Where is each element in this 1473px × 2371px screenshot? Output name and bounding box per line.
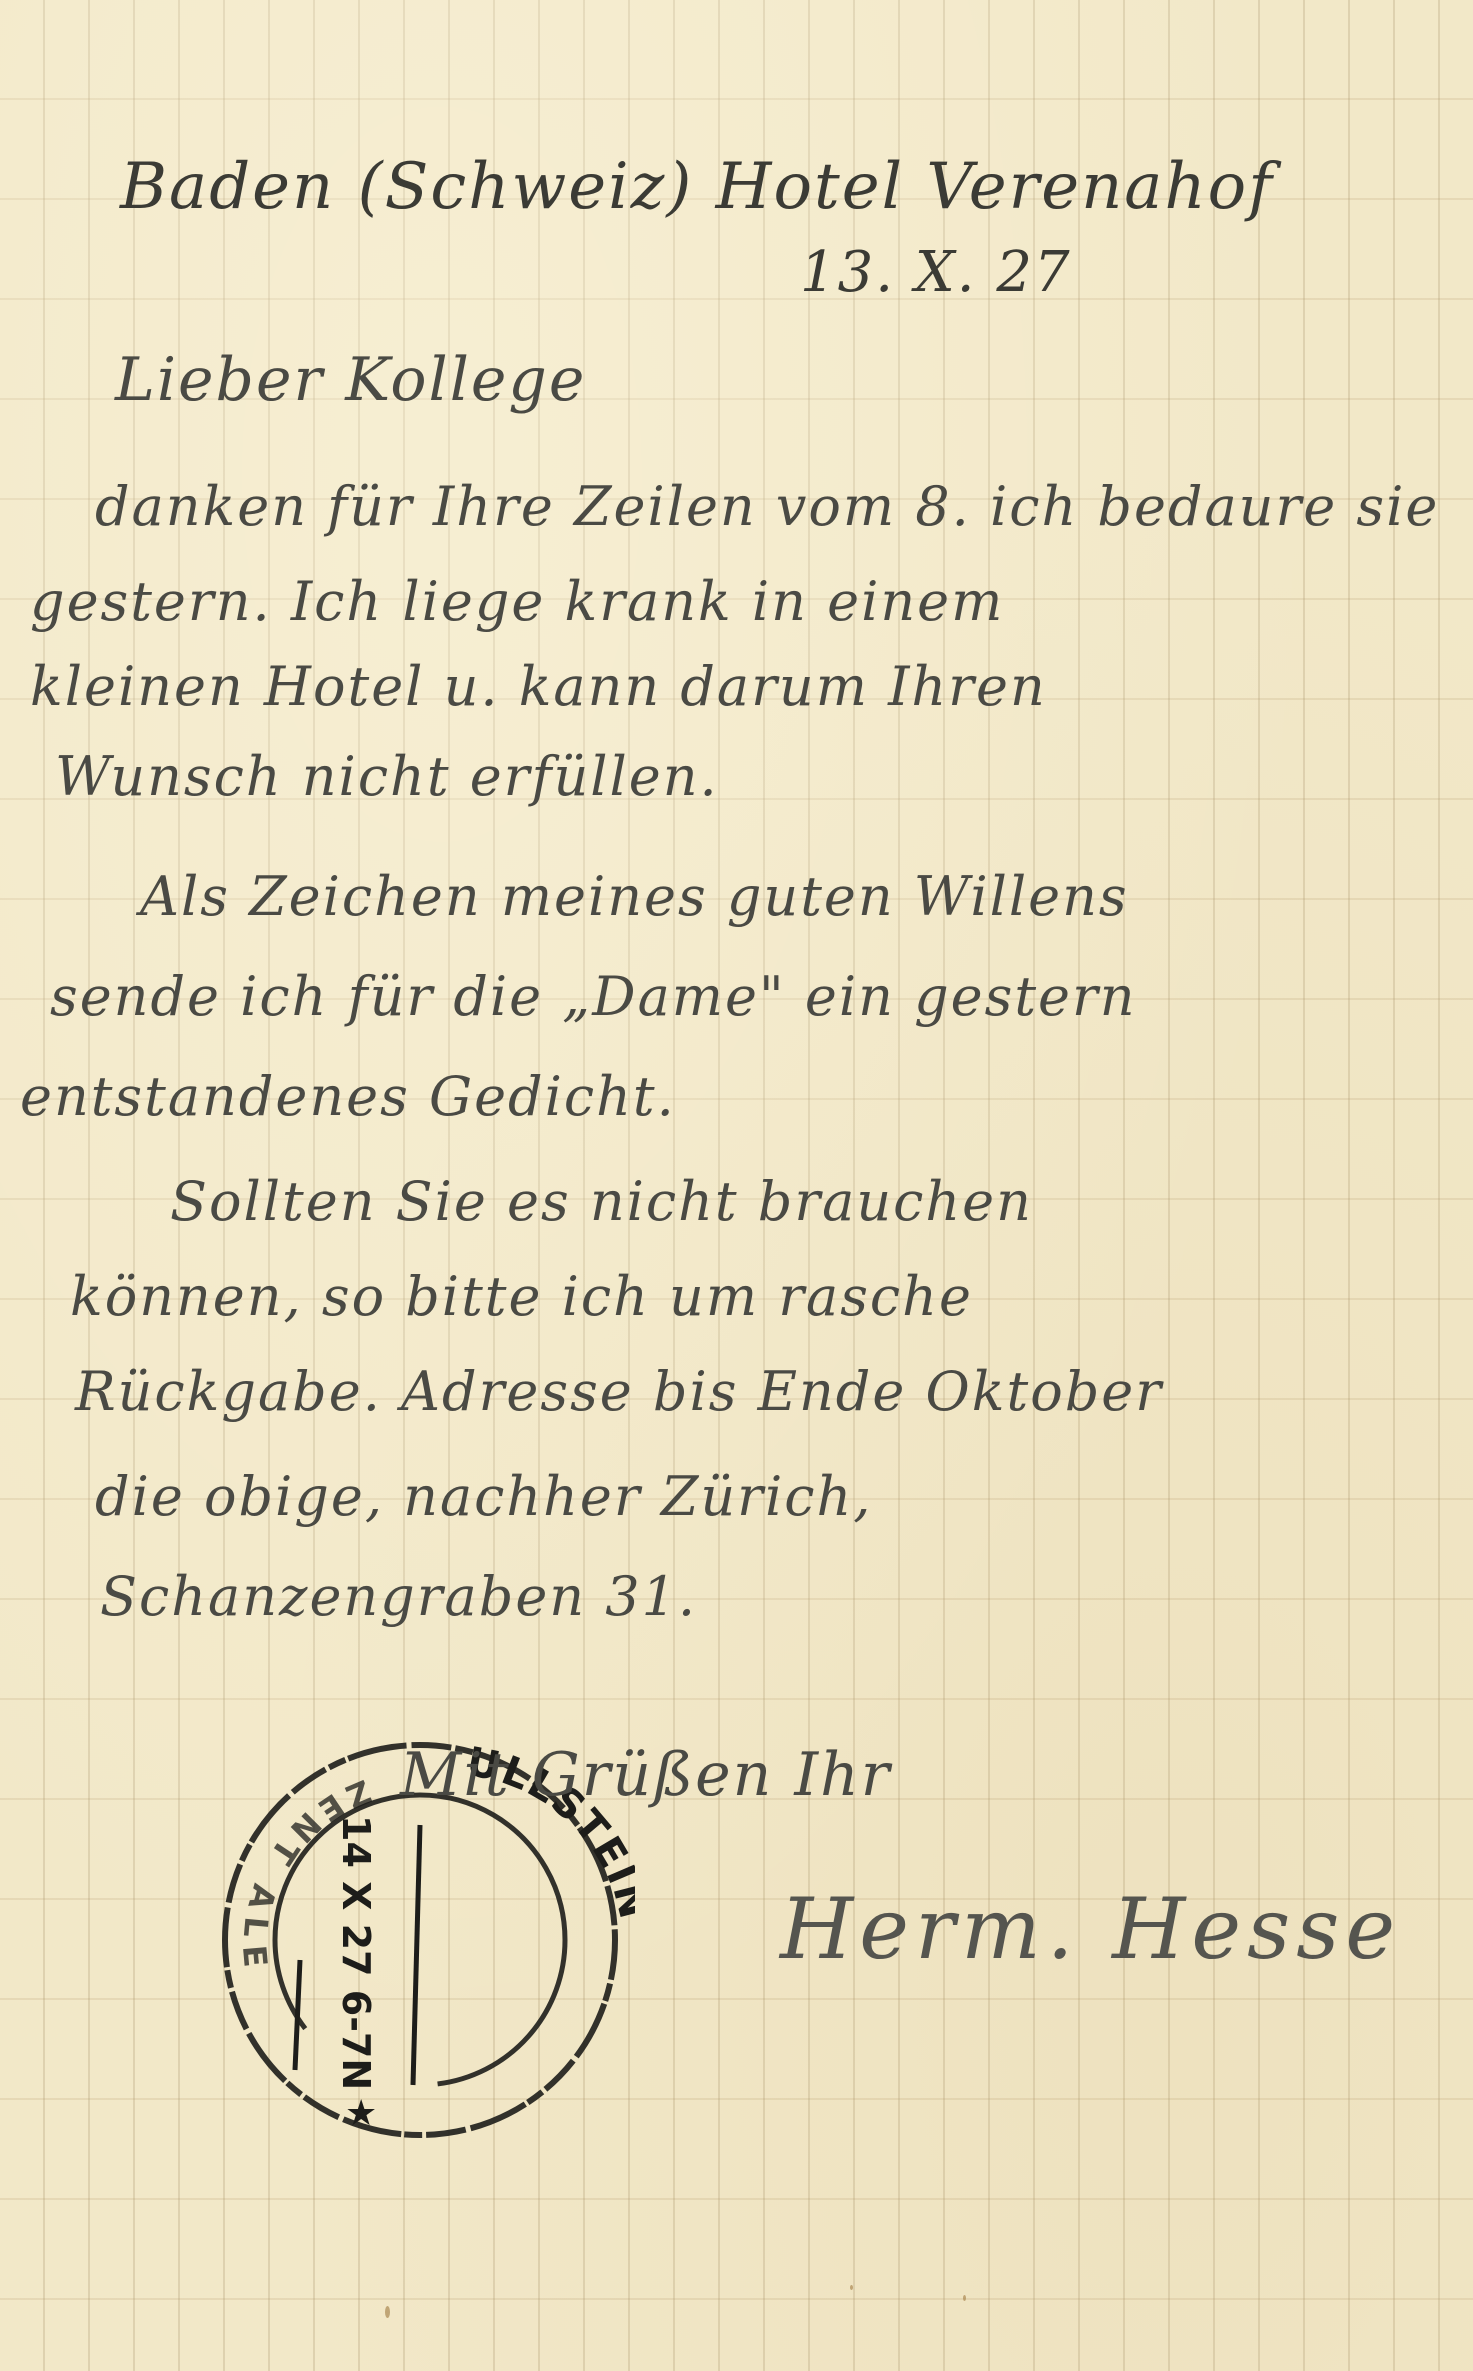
letter-line: die obige, nachher Zürich,: [95, 1465, 872, 1528]
letter-line: Sollten Sie es nicht brauchen: [170, 1170, 1033, 1233]
letter-line: Schanzengraben 31.: [100, 1565, 697, 1628]
letter-header-place: Baden (Schweiz) Hotel Verenahof: [120, 150, 1274, 224]
stamp-date-line: 14 X 27 6-7N: [334, 1815, 378, 2090]
letter-line: Als Zeichen meines guten Willens: [140, 865, 1129, 928]
paper-speck: [850, 2285, 853, 2290]
letter-salutation: Lieber Kollege: [115, 345, 586, 415]
letter-signature: Herm. Hesse: [780, 1880, 1401, 1978]
letter-header-date: 13. X. 27: [800, 240, 1072, 305]
letter-page: Baden (Schweiz) Hotel Verenahof 13. X. 2…: [0, 0, 1473, 2371]
letter-closing: Mit Grüßen Ihr: [400, 1740, 891, 1810]
letter-line: gestern. Ich liege krank in einem: [30, 570, 1004, 633]
paper-speck: [385, 2306, 390, 2318]
letter-line: Rückgabe. Adresse bis Ende Oktober: [75, 1360, 1163, 1423]
letter-line: kleinen Hotel u. kann darum Ihren: [30, 655, 1047, 718]
letter-line: können, so bitte ich um rasche: [70, 1265, 973, 1328]
letter-line: danken für Ihre Zeilen vom 8. ich bedaur…: [95, 475, 1439, 538]
letter-line: sende ich für die „Dame" ein gestern: [50, 965, 1137, 1028]
stamp-star-icon: ★: [345, 2093, 377, 2134]
paper-speck: [963, 2295, 966, 2301]
letter-line: Wunsch nicht erfüllen.: [55, 745, 719, 808]
letter-line: entstandenes Gedicht.: [20, 1065, 676, 1128]
